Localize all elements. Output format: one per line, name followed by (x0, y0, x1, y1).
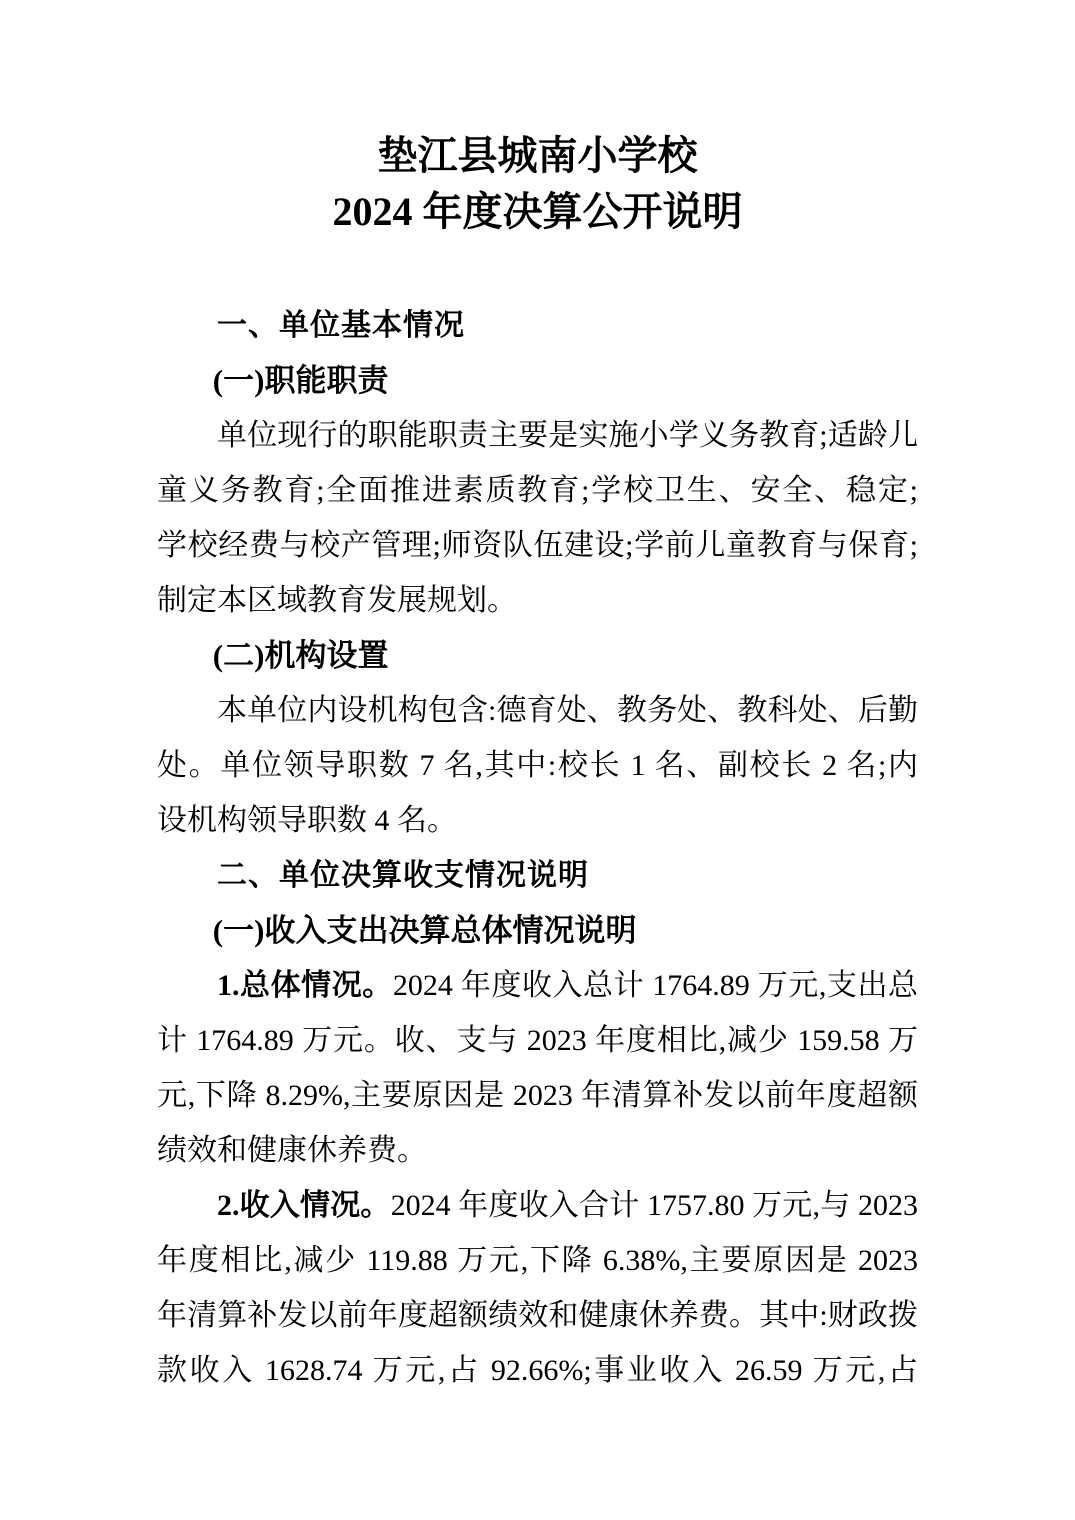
paragraph-line: 年清算补发以前年度超额绩效和健康休养费。其中:财政拨 (157, 1288, 918, 1343)
paragraph-line: 计 1764.89 万元。收、支与 2023 年度相比,减少 159.58 万 (157, 1013, 918, 1068)
section-heading: 一、单位基本情况 (157, 298, 918, 353)
subsection-heading: (一)职能职责 (157, 353, 918, 408)
subsection-heading: (一)收入支出决算总体情况说明 (157, 903, 918, 958)
paragraph-line: 绩效和健康休养费。 (157, 1123, 918, 1178)
paragraph-line: 年度相比,减少 119.88 万元,下降 6.38%,主要原因是 2023 (157, 1233, 918, 1288)
section-heading: 二、单位决算收支情况说明 (157, 848, 918, 903)
subsection-heading: (二)机构设置 (157, 628, 918, 683)
paragraph-lead-label: 2.收入情况。 (217, 1189, 391, 1222)
paragraph-line: 单位现行的职能职责主要是实施小学义务教育;适龄儿 (157, 408, 918, 463)
document-page: 垫江县城南小学校 2024 年度决算公开说明 一、单位基本情况(一)职能职责单位… (0, 0, 1075, 1520)
paragraph-line: 学校经费与校产管理;师资队伍建设;学前儿童教育与保育; (157, 518, 918, 573)
paragraph-line: 1.总体情况。2024 年度收入总计 1764.89 万元,支出总 (157, 958, 918, 1013)
paragraph-line: 童义务教育;全面推进素质教育;学校卫生、安全、稳定; (157, 463, 918, 518)
paragraph-line: 处。单位领导职数 7 名,其中:校长 1 名、副校长 2 名;内 (157, 738, 918, 793)
paragraph: 2.收入情况。2024 年度收入合计 1757.80 万元,与 2023年度相比… (157, 1178, 918, 1398)
paragraph-line: 款收入 1628.74 万元,占 92.66%;事业收入 26.59 万元,占 (157, 1343, 918, 1398)
paragraph-lead-label: 1.总体情况。 (217, 969, 393, 1002)
document-title-line1: 垫江县城南小学校 (157, 128, 918, 184)
paragraph-line: 2.收入情况。2024 年度收入合计 1757.80 万元,与 2023 (157, 1178, 918, 1233)
paragraph: 1.总体情况。2024 年度收入总计 1764.89 万元,支出总计 1764.… (157, 958, 918, 1178)
paragraph-line: 制定本区域教育发展规划。 (157, 573, 918, 628)
paragraph: 本单位内设机构包含:德育处、教务处、教科处、后勤处。单位领导职数 7 名,其中:… (157, 683, 918, 848)
paragraph: 单位现行的职能职责主要是实施小学义务教育;适龄儿童义务教育;全面推进素质教育;学… (157, 408, 918, 628)
paragraph-line: 设机构领导职数 4 名。 (157, 793, 918, 848)
paragraph-line: 本单位内设机构包含:德育处、教务处、教科处、后勤 (157, 683, 918, 738)
document-body: 一、单位基本情况(一)职能职责单位现行的职能职责主要是实施小学义务教育;适龄儿童… (157, 298, 918, 1398)
document-title: 垫江县城南小学校 2024 年度决算公开说明 (157, 128, 918, 240)
paragraph-line: 元,下降 8.29%,主要原因是 2023 年清算补发以前年度超额 (157, 1068, 918, 1123)
document-title-line2: 2024 年度决算公开说明 (157, 184, 918, 240)
